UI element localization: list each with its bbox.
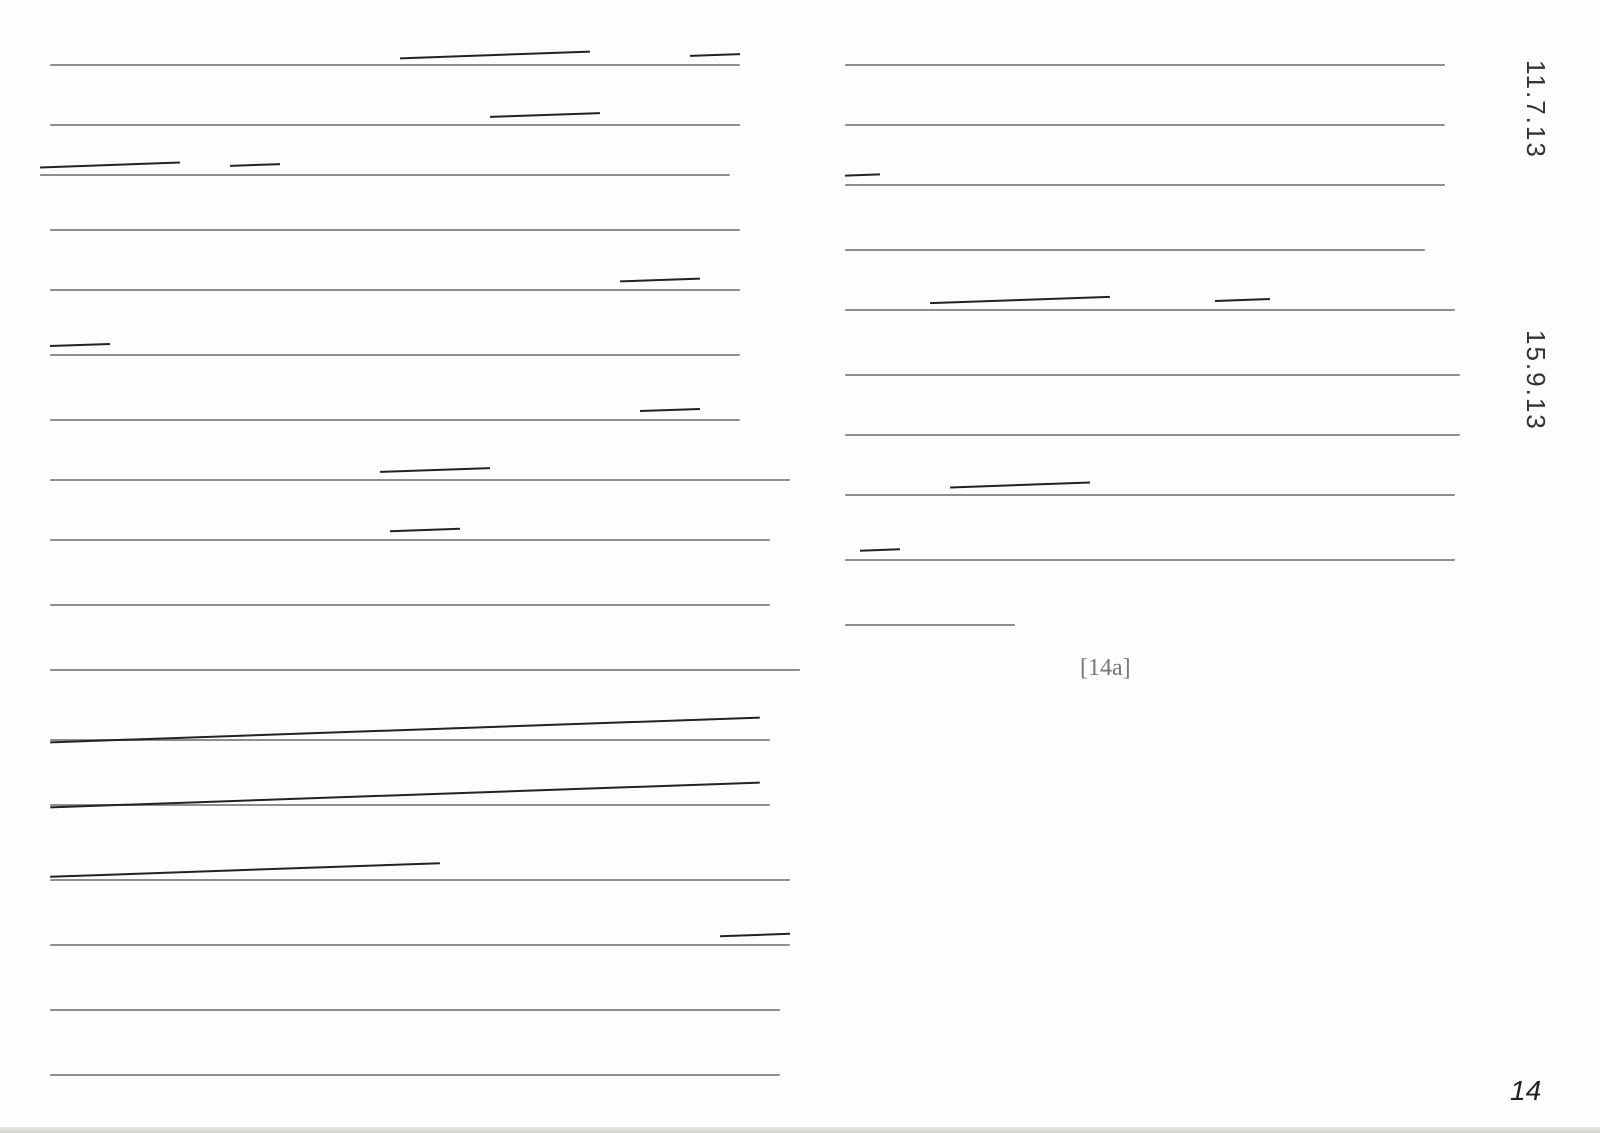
section-marker: [14a] xyxy=(1080,655,1131,682)
left-handwritten-line xyxy=(50,645,800,671)
left-handwritten-line xyxy=(50,395,740,421)
ink-stroke xyxy=(845,184,1445,186)
left-handwritten-line xyxy=(50,265,740,291)
ink-stroke xyxy=(845,309,1455,311)
left-handwritten-line xyxy=(50,985,780,1011)
ink-stroke xyxy=(50,944,790,946)
ink-stroke xyxy=(50,879,790,881)
ink-stroke xyxy=(845,559,1455,561)
left-handwritten-line xyxy=(50,100,740,126)
date-second: 15.9.13 xyxy=(1520,330,1551,431)
ink-stroke xyxy=(50,229,740,231)
ink-stroke xyxy=(50,64,740,66)
right-handwritten-line xyxy=(845,410,1460,436)
ink-stroke xyxy=(50,289,740,291)
ink-stroke xyxy=(845,624,1015,626)
ink-stroke xyxy=(50,419,740,421)
scan-edge xyxy=(0,1127,1600,1133)
manuscript-page: 11.7.13 15.9.13 [14a] 14 xyxy=(0,0,1600,1133)
ink-stroke xyxy=(50,1074,780,1076)
right-handwritten-line xyxy=(845,470,1455,496)
left-handwritten-line xyxy=(50,920,790,946)
ink-stroke xyxy=(50,604,770,606)
left-handwritten-line xyxy=(50,205,740,231)
right-handwritten-line xyxy=(845,40,1445,66)
right-handwritten-line xyxy=(845,285,1455,311)
left-handwritten-line xyxy=(50,330,740,356)
ink-stroke xyxy=(845,124,1445,126)
ink-stroke xyxy=(845,494,1455,496)
ink-stroke xyxy=(50,539,770,541)
left-handwritten-line xyxy=(50,1050,780,1076)
left-handwritten-line xyxy=(50,455,790,481)
left-handwritten-line xyxy=(50,40,740,66)
date-first: 11.7.13 xyxy=(1520,60,1551,159)
ink-stroke xyxy=(40,174,730,176)
right-handwritten-line xyxy=(845,160,1445,186)
left-handwritten-line xyxy=(50,855,790,881)
right-handwritten-line xyxy=(845,535,1455,561)
ink-stroke xyxy=(50,1009,780,1011)
ink-stroke xyxy=(845,249,1425,251)
ink-stroke xyxy=(50,124,740,126)
left-handwritten-line xyxy=(50,515,770,541)
ink-stroke xyxy=(50,354,740,356)
right-handwritten-line xyxy=(845,225,1425,251)
left-handwritten-line xyxy=(50,580,770,606)
right-handwritten-line xyxy=(845,600,1015,626)
page-number: 14 xyxy=(1510,1075,1541,1107)
right-handwritten-line xyxy=(845,350,1460,376)
ink-stroke xyxy=(845,434,1460,436)
right-handwritten-line xyxy=(845,100,1445,126)
ink-stroke xyxy=(845,374,1460,376)
ink-stroke xyxy=(50,669,800,671)
ink-stroke xyxy=(50,479,790,481)
ink-stroke xyxy=(845,64,1445,66)
